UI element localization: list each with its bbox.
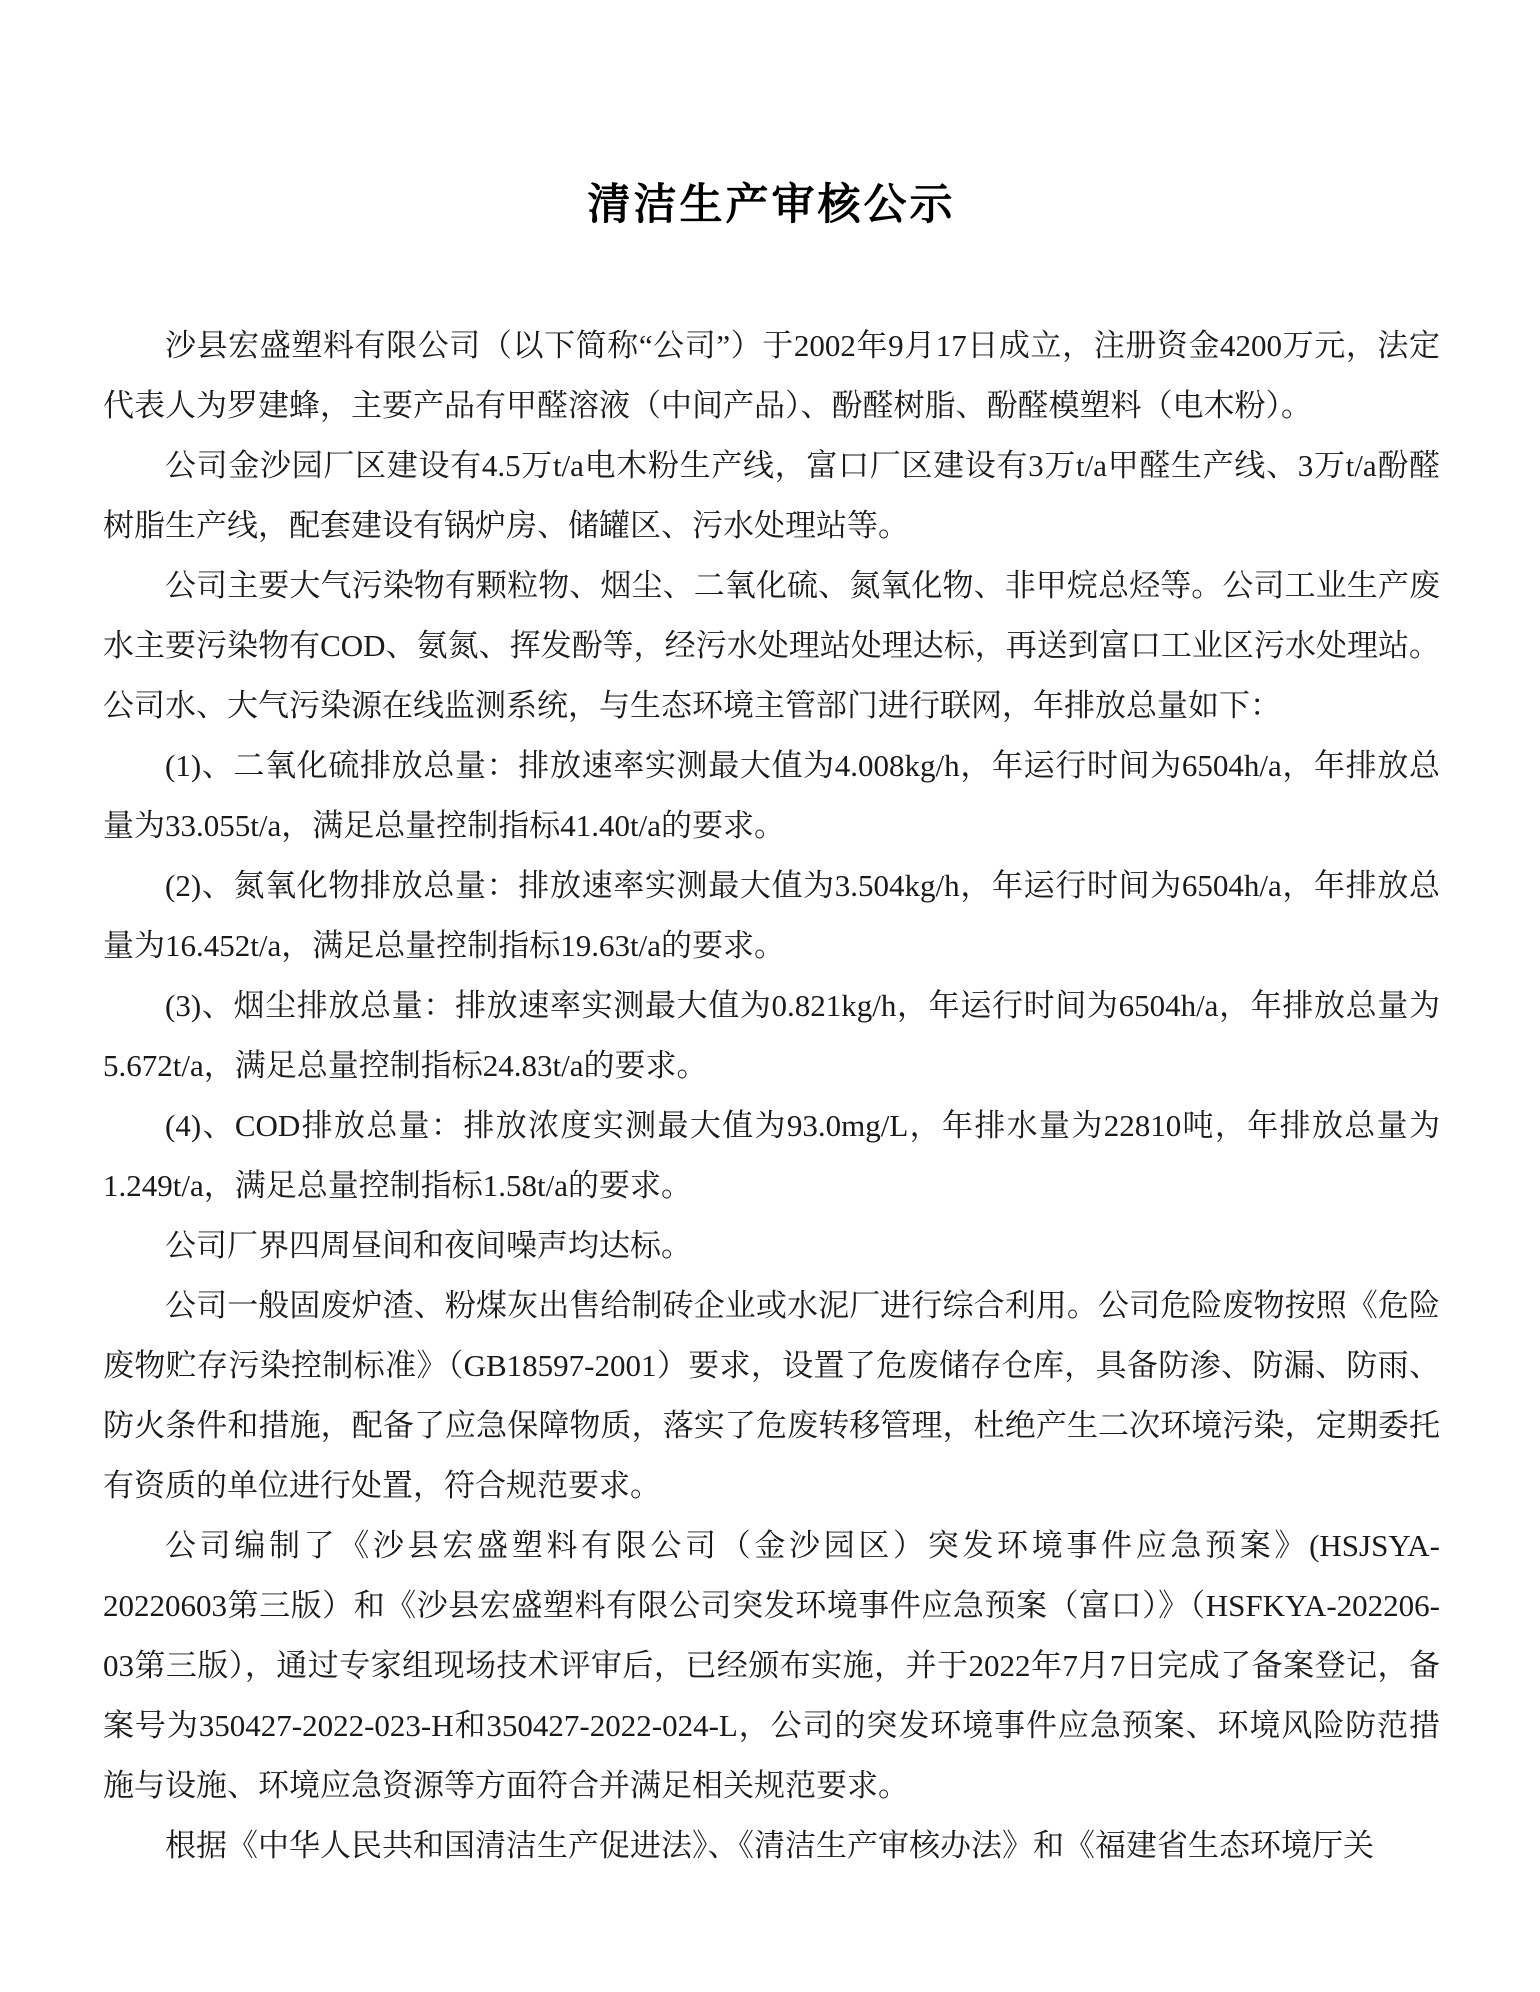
paragraph-nox-emission: (2)、氮氧化物排放总量：排放速率实测最大值为3.504kg/h，年运行时间为6… <box>103 856 1440 976</box>
paragraph-emergency-plan: 公司编制了《沙县宏盛塑料有限公司（金沙园区）突发环境事件应急预案》(HSJSYA… <box>103 1516 1440 1816</box>
document-page: 清洁生产审核公示 沙县宏盛塑料有限公司（以下简称“公司”）于2002年9月17日… <box>0 0 1540 1992</box>
paragraph-pollutants-overview: 公司主要大气污染物有颗粒物、烟尘、二氧化硫、氮氧化物、非甲烷总烃等。公司工业生产… <box>103 556 1440 736</box>
paragraph-legal-basis: 根据《中华人民共和国清洁生产促进法》、《清洁生产审核办法》和《福建省生态环境厅关 <box>103 1816 1440 1876</box>
paragraph-solid-waste: 公司一般固废炉渣、粉煤灰出售给制砖企业或水泥厂进行综合利用。公司危险废物按照《危… <box>103 1276 1440 1516</box>
paragraph-smoke-emission: (3)、烟尘排放总量：排放速率实测最大值为0.821kg/h，年运行时间为650… <box>103 976 1440 1096</box>
paragraph-cod-emission: (4)、COD排放总量：排放浓度实测最大值为93.0mg/L，年排水量为2281… <box>103 1096 1440 1216</box>
paragraph-noise: 公司厂界四周昼间和夜间噪声均达标。 <box>103 1216 1440 1276</box>
document-body: 沙县宏盛塑料有限公司（以下简称“公司”）于2002年9月17日成立，注册资金42… <box>103 316 1440 1876</box>
paragraph-production-lines: 公司金沙园厂区建设有4.5万t/a电木粉生产线，富口厂区建设有3万t/a甲醛生产… <box>103 436 1440 556</box>
paragraph-so2-emission: (1)、二氧化硫排放总量：排放速率实测最大值为4.008kg/h，年运行时间为6… <box>103 736 1440 856</box>
paragraph-company-intro: 沙县宏盛塑料有限公司（以下简称“公司”）于2002年9月17日成立，注册资金42… <box>103 316 1440 436</box>
document-title: 清洁生产审核公示 <box>103 182 1440 230</box>
